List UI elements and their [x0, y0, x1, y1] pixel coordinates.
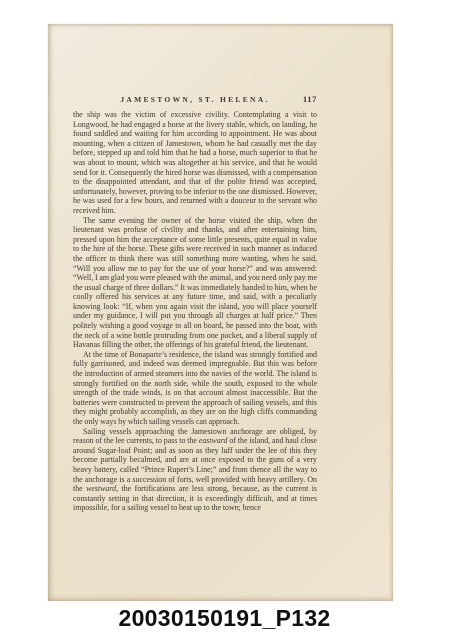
running-head-title: JAMESTOWN, ST. HELENA. — [73, 95, 317, 104]
paragraph: the ship was the victim of excessive civ… — [73, 110, 317, 216]
paragraph: Sailing vessels approaching the Jamestow… — [73, 427, 317, 513]
running-head: JAMESTOWN, ST. HELENA. 117 — [73, 95, 317, 106]
page-number: 117 — [303, 94, 317, 104]
image-id-label: 20030150191_P132 — [0, 605, 449, 632]
book-page: JAMESTOWN, ST. HELENA. 117 the ship was … — [48, 24, 393, 601]
page-text: the ship was the victim of excessive civ… — [73, 110, 317, 513]
scan-viewport: JAMESTOWN, ST. HELENA. 117 the ship was … — [0, 0, 449, 640]
paragraph: At the time of Bonaparte’s residence, th… — [73, 350, 317, 427]
paragraph: The same evening the owner of the horse … — [73, 216, 317, 350]
